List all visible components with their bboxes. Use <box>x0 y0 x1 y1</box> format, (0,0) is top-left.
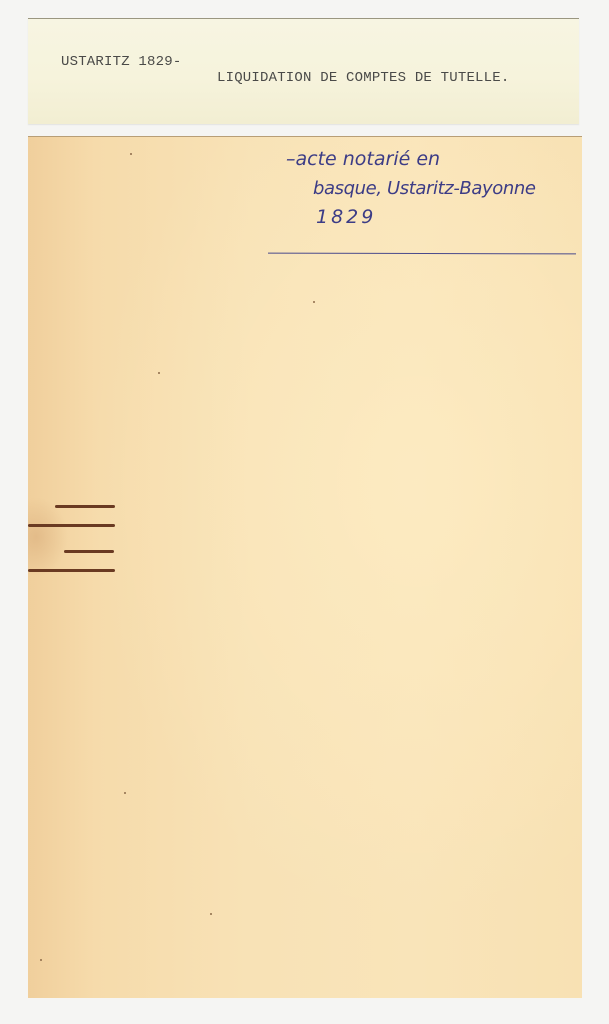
handwritten-underline <box>268 253 576 255</box>
label-place-date: USTARITZ 1829- <box>61 54 181 70</box>
binding-stain <box>28 497 68 577</box>
handwritten-line-1: –acte notarié en <box>286 145 586 174</box>
margin-mark <box>55 505 115 508</box>
handwritten-line-2: basque, Ustaritz-Bayonne <box>286 174 586 203</box>
typed-label-strip: USTARITZ 1829- LIQUIDATION DE COMPTES DE… <box>28 18 579 124</box>
margin-mark <box>64 550 114 553</box>
paper-speck <box>313 301 315 303</box>
paper-speck <box>130 153 132 155</box>
paper-speck <box>210 913 212 915</box>
paper-speck <box>40 959 42 961</box>
margin-mark <box>28 569 115 572</box>
paper-speck <box>158 372 160 374</box>
paper-speck <box>124 792 126 794</box>
document-page: –acte notarié en basque, Ustaritz-Bayonn… <box>28 136 582 998</box>
scanned-document: USTARITZ 1829- LIQUIDATION DE COMPTES DE… <box>0 0 609 1024</box>
label-title: LIQUIDATION DE COMPTES DE TUTELLE. <box>217 70 509 86</box>
handwritten-line-3: 1829 <box>286 203 586 232</box>
handwritten-note: –acte notarié en basque, Ustaritz-Bayonn… <box>286 145 586 232</box>
margin-mark <box>28 524 115 527</box>
